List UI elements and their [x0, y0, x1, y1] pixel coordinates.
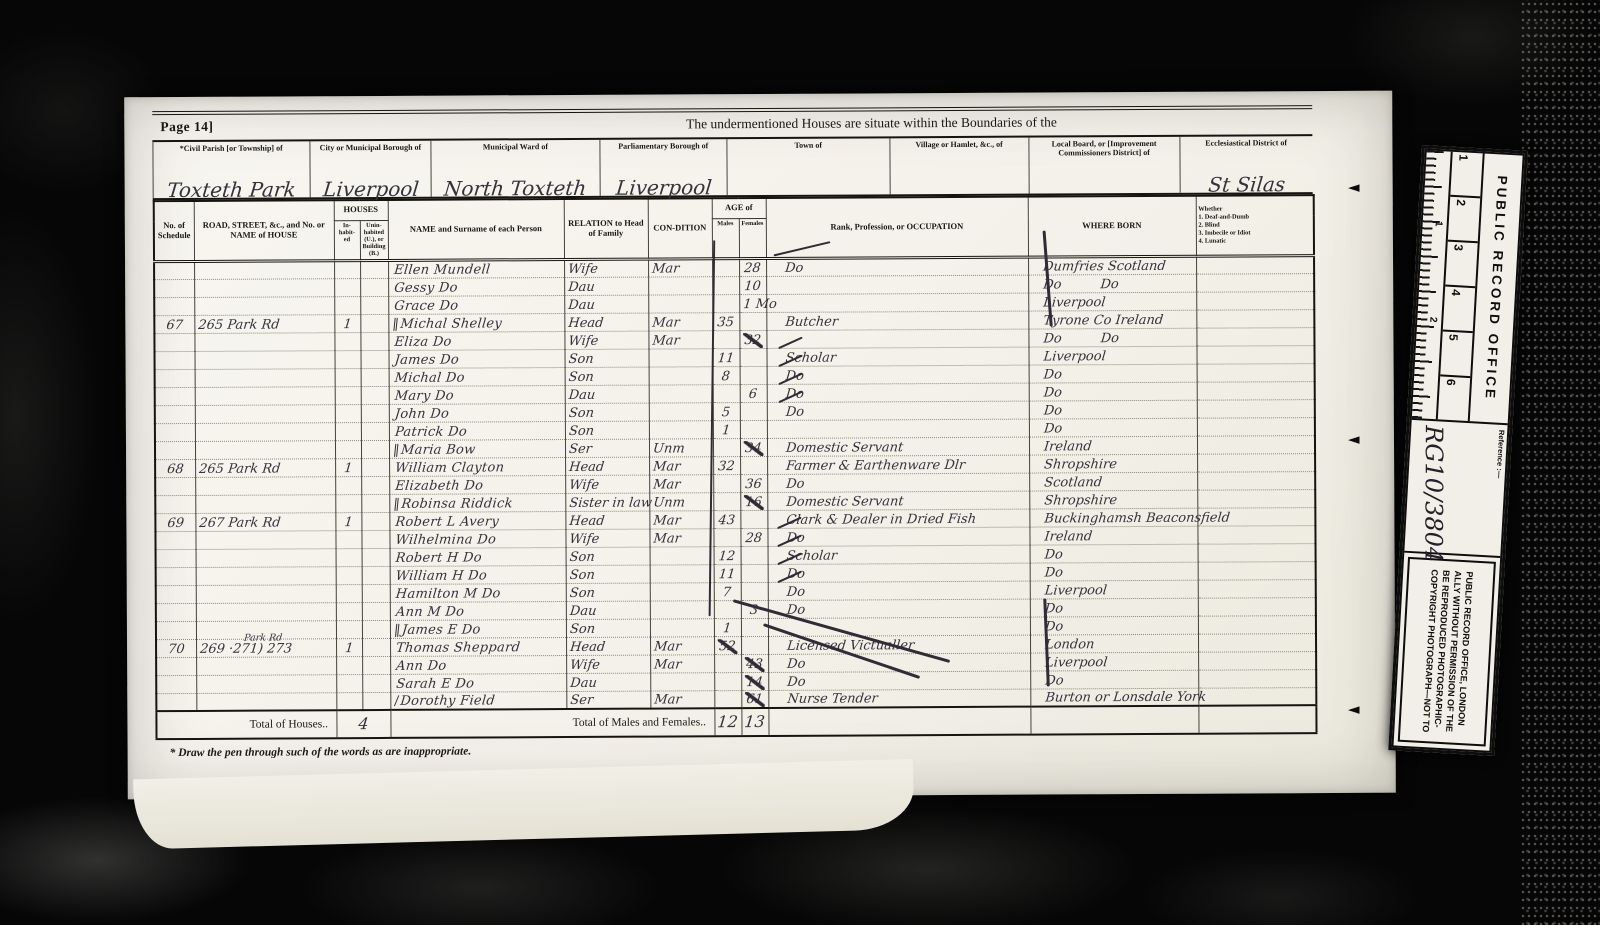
cell-name: Ann M Do — [390, 601, 566, 620]
strip-ruler: 1 2 1 2 3 — [1412, 150, 1523, 425]
cell-condition — [649, 366, 713, 384]
cell-disabilities — [1196, 345, 1314, 364]
cell-age-female: 3 — [741, 600, 768, 618]
cell-age-male — [714, 690, 741, 708]
cell-age-female — [739, 312, 766, 330]
cell-born: Do — [1030, 670, 1198, 689]
cell-road — [195, 368, 335, 387]
copyright-text: COPYRIGHT PHOTOGRAPH—NOT TOBE REPRODUCED… — [1419, 569, 1475, 735]
cell-condition — [650, 564, 714, 582]
cell-occupation: Nurse Tender — [768, 689, 1030, 708]
cell-age-male — [713, 528, 740, 546]
cell-schedule — [156, 621, 196, 639]
cell-age-male: 8 — [713, 366, 740, 384]
cell-inhabited — [335, 368, 361, 386]
total-males-value: 12 — [714, 708, 741, 736]
cell-disabilities — [1197, 363, 1315, 382]
cell-uninhabited — [362, 602, 390, 620]
cell-age-male: 1 — [713, 420, 740, 438]
cell-road — [194, 278, 334, 297]
cell-born: Shropshire — [1029, 490, 1197, 509]
ruler-cell-number: 4 — [1449, 289, 1463, 296]
cell-disabilities — [1197, 471, 1315, 490]
cell-age-female: 28 — [739, 258, 766, 276]
cell-schedule — [156, 549, 196, 567]
locality-label: Village or Hamlet, &c., of — [890, 140, 1028, 150]
cell-schedule — [154, 261, 194, 279]
cell-condition: Mar — [650, 654, 714, 672]
col-header-relation: RELATION to Head of Family — [564, 199, 648, 260]
cell-disabilities — [1198, 561, 1316, 580]
cell-age-female: 61 — [741, 690, 768, 708]
cell-age-male — [713, 384, 740, 402]
cell-schedule — [156, 693, 196, 711]
cell-relation: Sister in law — [565, 493, 649, 511]
cell-born: Do — [1029, 400, 1197, 419]
cell-schedule: 67 — [154, 315, 194, 333]
cell-condition — [648, 294, 712, 312]
cell-inhabited — [335, 404, 361, 422]
cell-schedule — [154, 297, 194, 315]
locality-label: Town of — [728, 140, 889, 150]
cell-road: Park Rd269 ·271) 273 — [196, 638, 336, 657]
cell-age-male: 11 — [712, 348, 739, 366]
cell-uninhabited — [361, 494, 389, 512]
cell-name: Robert L Avery — [389, 511, 565, 530]
cell-schedule — [156, 567, 196, 585]
cell-uninhabited — [362, 638, 390, 656]
col-header-road: ROAD, STREET, &c., and No. or NAME of HO… — [194, 200, 334, 261]
cell-relation: Wife — [564, 331, 648, 349]
cell-road — [196, 656, 336, 675]
locality-cell: Town of — [727, 138, 890, 195]
cell-inhabited — [336, 674, 362, 692]
cell-schedule — [156, 675, 196, 693]
cell-occupation: Do — [768, 599, 1030, 618]
cell-born: Do Do — [1028, 274, 1196, 293]
cell-age-female — [741, 582, 768, 600]
cell-road — [196, 674, 336, 693]
cell-uninhabited — [360, 314, 388, 332]
cell-name: Sarah E Do — [390, 673, 566, 692]
cell-disabilities — [1196, 255, 1314, 274]
cell-age-male — [712, 330, 739, 348]
cell-born: Liverpool — [1030, 652, 1198, 671]
cell-schedule — [155, 369, 195, 387]
cell-name: Michal Do — [389, 367, 565, 386]
cell-age-female — [740, 420, 767, 438]
table-body: Ellen Mundell Wife Mar 28 Do Dumfries Sc… — [154, 255, 1316, 711]
cell-relation: Wife — [565, 529, 649, 547]
cell-age-male: 1 — [714, 618, 741, 636]
footnote: * Draw the pen through such of the words… — [170, 741, 1316, 759]
locality-value-handwritten: Liverpool — [599, 175, 728, 200]
cell-born: Burton or Lonsdale York — [1030, 688, 1198, 707]
cell-name: ‖Maria Bow — [389, 439, 565, 458]
cell-uninhabited — [360, 278, 388, 296]
cell-relation: Son — [566, 619, 650, 637]
registration-arrow-icon: ◄ — [1348, 430, 1360, 448]
cell-inhabited — [335, 530, 361, 548]
totals-empty-occupation — [768, 707, 1030, 736]
locality-label: *Civil Parish [or Township] of — [153, 143, 309, 153]
cell-age-female — [741, 546, 768, 564]
cell-disabilities — [1198, 687, 1316, 706]
cell-schedule — [155, 531, 195, 549]
locality-cell: Municipal Ward of North Toxteth — [431, 140, 599, 197]
cell-uninhabited — [362, 674, 390, 692]
cell-occupation: Do — [767, 527, 1029, 546]
cell-age-male — [714, 600, 741, 618]
cell-uninhabited — [362, 548, 390, 566]
cell-schedule — [155, 351, 195, 369]
ruler-cell-number: 6 — [1444, 379, 1458, 386]
locality-label: Parliamentary Borough of — [600, 141, 727, 151]
cell-uninhabited — [362, 566, 390, 584]
cell-schedule — [155, 477, 195, 495]
locality-header-row: *Civil Parish [or Township] of Toxteth P… — [152, 136, 1312, 200]
total-houses-value: 4 — [336, 710, 390, 738]
ruler-cell: 5 — [1440, 332, 1472, 379]
cell-occupation: Licensed Victualler — [768, 635, 1030, 654]
strip-frame: 1 2 1 2 3 — [1391, 148, 1524, 753]
cell-uninhabited — [362, 656, 390, 674]
cell-name: Eliza Do — [388, 331, 564, 350]
cell-uninhabited — [361, 440, 389, 458]
cell-relation: Wife — [566, 655, 650, 673]
enumeration-table: No. of Schedule ROAD, STREET, &c., and N… — [153, 194, 1318, 740]
page-number: Page 14] — [160, 119, 213, 135]
cell-relation: Son — [565, 367, 649, 385]
col-header-name: NAME and Surname of each Person — [388, 199, 564, 260]
locality-label: City or Municipal Borough of — [310, 143, 431, 153]
cell-age-male: 7 — [714, 582, 741, 600]
cell-uninhabited — [361, 530, 389, 548]
cell-occupation: Do — [766, 257, 1028, 276]
cell-born: Shropshire — [1029, 454, 1197, 473]
col-header-occupation: Rank, Profession, or OCCUPATION — [766, 197, 1028, 259]
disability-line: 4. Lunatic — [1198, 237, 1311, 246]
cell-name: William H Do — [390, 565, 566, 584]
cell-age-male: 11 — [714, 564, 741, 582]
cell-age-male: 35 — [712, 312, 739, 330]
cell-relation: Son — [564, 349, 648, 367]
ruler-cell-number: 2 — [1454, 199, 1468, 206]
cell-occupation — [766, 293, 1028, 312]
cell-age-female — [741, 618, 768, 636]
cell-inhabited: 1 — [335, 512, 361, 530]
cell-name: Ellen Mundell — [388, 259, 564, 278]
cell-relation: Ser — [565, 439, 649, 457]
cell-condition: Mar — [648, 312, 712, 330]
cell-disabilities — [1197, 489, 1315, 508]
cell-schedule — [155, 495, 195, 513]
cell-road: 265 Park Rd — [194, 314, 334, 333]
cell-occupation: Farmer & Earthenware Dlr — [767, 455, 1029, 474]
cell-relation: Son — [565, 403, 649, 421]
cell-relation: Dau — [566, 601, 650, 619]
cell-occupation: Do — [768, 653, 1030, 672]
cell-inhabited — [334, 332, 360, 350]
cell-uninhabited — [361, 458, 389, 476]
cell-occupation: Scholar — [768, 545, 1030, 564]
cell-road — [195, 476, 335, 495]
cell-born: Do — [1029, 364, 1197, 383]
cell-disabilities — [1196, 273, 1314, 292]
cell-uninhabited — [360, 260, 388, 278]
copyright-box: COPYRIGHT PHOTOGRAPH—NOT TOBE REPRODUCED… — [1398, 557, 1496, 746]
cell-age-female — [741, 564, 768, 582]
ruler-cell-number: 1 — [1456, 154, 1470, 161]
cell-inhabited: 1 — [334, 314, 360, 332]
cell-road — [195, 350, 335, 369]
cell-age-male — [712, 294, 739, 312]
cell-uninhabited — [362, 620, 390, 638]
cell-age-female — [741, 636, 768, 654]
cell-age-female: 32 — [739, 330, 766, 348]
cell-schedule: 68 — [155, 459, 195, 477]
cell-uninhabited — [360, 332, 388, 350]
cell-name: Thomas Sheppard — [390, 637, 566, 656]
cell-road — [195, 494, 335, 513]
cell-age-female — [740, 510, 767, 528]
col-header-age-group: AGE of — [712, 198, 766, 218]
cell-road — [195, 530, 335, 549]
cell-disabilities — [1197, 525, 1315, 544]
locality-value-handwritten: North Toxteth — [431, 176, 601, 201]
cell-uninhabited — [360, 350, 388, 368]
totals-empty-disabilities — [1198, 705, 1316, 734]
cell-occupation — [768, 617, 1030, 636]
locality-value-handwritten: Toxteth Park — [152, 177, 310, 202]
census-page-content: Page 14] The undermentioned Houses are s… — [152, 105, 1315, 759]
ruler-cell: 3 — [1445, 242, 1477, 289]
cell-name: Mary Do — [389, 385, 565, 404]
cell-condition: Mar — [649, 528, 713, 546]
cell-condition: Mar — [649, 474, 713, 492]
cell-inhabited — [336, 566, 362, 584]
cell-name: James Do — [388, 349, 564, 368]
cell-age-male — [714, 672, 741, 690]
strip-copyright-section: COPYRIGHT PHOTOGRAPH—NOT TOBE REPRODUCED… — [1394, 553, 1501, 751]
cell-born: Ireland — [1029, 526, 1197, 545]
cell-inhabited — [334, 278, 360, 296]
locality-cell: Parliamentary Borough of Liverpool — [599, 139, 727, 196]
cell-uninhabited — [361, 404, 389, 422]
col-header-houses-group: HOUSES — [334, 200, 388, 220]
locality-label: Local Board, or [Improvement Commissione… — [1029, 139, 1179, 158]
col-header-disabilities: Whether1. Deaf-and-Dumb2. Blind3. Imbeci… — [1196, 195, 1314, 256]
cell-age-male — [714, 654, 741, 672]
cell-age-female — [739, 348, 766, 366]
cell-uninhabited — [362, 584, 390, 602]
scan-edge-speckle — [1520, 0, 1600, 925]
cell-schedule — [156, 657, 196, 675]
cell-road: 267 Park Rd — [195, 512, 335, 531]
ruler-cell: 1 — [1450, 152, 1482, 199]
cell-relation: Wife — [564, 259, 648, 277]
cell-occupation: Do — [767, 473, 1029, 492]
cell-name: ‖Robinsa Riddick — [389, 493, 565, 512]
cell-name: Patrick Do — [389, 421, 565, 440]
cell-name: Robert H Do — [390, 547, 566, 566]
cell-road — [194, 296, 334, 315]
cell-road — [194, 332, 334, 351]
cell-condition: Mar — [648, 258, 712, 276]
cell-uninhabited — [360, 296, 388, 314]
locality-cell: City or Municipal Borough of Liverpool — [309, 141, 431, 198]
cell-age-female: 28 — [740, 528, 767, 546]
cell-occupation: Butcher — [766, 311, 1028, 330]
cell-disabilities — [1196, 327, 1314, 346]
cell-occupation: Do — [768, 671, 1030, 690]
cell-inhabited — [335, 422, 361, 440]
total-females-value: 13 — [741, 708, 768, 736]
cell-schedule: 69 — [155, 513, 195, 531]
cell-disabilities — [1198, 651, 1316, 670]
cell-inhabited — [335, 476, 361, 494]
cell-age-male: 52 — [714, 636, 741, 654]
cell-condition: Mar — [649, 510, 713, 528]
cell-occupation: Do — [768, 581, 1030, 600]
cell-condition — [650, 618, 714, 636]
cell-road — [195, 422, 335, 441]
cell-occupation: Do — [768, 563, 1030, 582]
cell-condition — [649, 402, 713, 420]
cell-name: Gessy Do — [388, 277, 564, 296]
cell-age-male: 5 — [713, 402, 740, 420]
cell-inhabited — [334, 260, 360, 278]
cell-disabilities — [1198, 543, 1316, 562]
cell-age-male: 43 — [713, 510, 740, 528]
cell-disabilities — [1196, 291, 1314, 310]
cell-inhabited — [336, 548, 362, 566]
cell-occupation: Domestic Servant — [767, 491, 1029, 510]
cell-age-female: 16 — [740, 492, 767, 510]
cell-relation: Dau — [565, 385, 649, 403]
cell-schedule — [154, 333, 194, 351]
cell-born: Do — [1029, 382, 1197, 401]
total-houses-label: Total of Houses.. — [156, 710, 336, 739]
cell-schedule — [156, 603, 196, 621]
col-header-males: Males — [712, 218, 739, 258]
col-header-schedule: No. of Schedule — [154, 201, 194, 261]
cell-age-male: 12 — [714, 546, 741, 564]
cell-inhabited: 1 — [336, 638, 362, 656]
cell-disabilities — [1198, 615, 1316, 634]
cell-occupation — [766, 275, 1028, 294]
ruler-cell: 2 — [1448, 197, 1480, 244]
cell-name: Elizabeth Do — [389, 475, 565, 494]
cell-condition — [649, 384, 713, 402]
cell-occupation: Do — [767, 383, 1029, 402]
cell-born: Liverpool — [1028, 346, 1196, 365]
cell-relation: Head — [564, 313, 648, 331]
cell-condition — [649, 420, 713, 438]
cell-age-male — [713, 438, 740, 456]
cell-age-male — [712, 276, 739, 294]
cell-schedule — [155, 405, 195, 423]
cell-age-male — [713, 474, 740, 492]
cell-name: William Clayton — [389, 457, 565, 476]
cell-road — [194, 260, 334, 279]
cell-inhabited — [336, 692, 362, 710]
cell-age-female — [740, 456, 767, 474]
scanned-census-image: { "scan": { "page_label": "Page 14]", "t… — [0, 0, 1600, 925]
cell-occupation: Domestic Servant — [767, 437, 1029, 456]
col-header-inhabited: In-habit-ed — [334, 220, 360, 260]
cell-road — [196, 548, 336, 567]
cell-road — [195, 404, 335, 423]
cell-occupation: Scholar — [766, 347, 1028, 366]
cell-road — [196, 692, 336, 711]
col-header-condition: CON-DITION — [648, 198, 712, 259]
cell-relation: Son — [566, 547, 650, 565]
locality-cell: *Civil Parish [or Township] of Toxteth P… — [152, 141, 309, 198]
cell-inhabited — [336, 584, 362, 602]
cell-uninhabited — [361, 368, 389, 386]
locality-value-handwritten: Liverpool — [309, 177, 432, 202]
cell-born: Tyrone Co Ireland — [1028, 310, 1196, 329]
cell-occupation: Clark & Dealer in Dried Fish — [767, 509, 1029, 528]
ruler-edge-number: 2 — [1427, 317, 1438, 323]
cell-schedule — [156, 585, 196, 603]
cell-relation: Head — [565, 511, 649, 529]
cell-inhabited — [334, 296, 360, 314]
col-header-born: WHERE BORN — [1028, 196, 1196, 257]
cell-age-male — [713, 492, 740, 510]
cell-born: Liverpool — [1028, 292, 1196, 311]
locality-cell: Village or Hamlet, &c., of — [889, 138, 1028, 195]
ruler-cell: 6 — [1438, 377, 1470, 422]
cell-condition — [648, 348, 712, 366]
total-males-females-label: Total of Males and Females.. — [390, 708, 714, 738]
cell-born: Ireland — [1029, 436, 1197, 455]
cell-road — [196, 584, 336, 603]
cell-inhabited — [334, 350, 360, 368]
cell-relation: Ser — [566, 691, 650, 709]
cell-condition: Mar — [648, 330, 712, 348]
cell-relation: Dau — [566, 673, 650, 691]
cell-inhabited — [336, 656, 362, 674]
cell-disabilities — [1198, 579, 1316, 598]
locality-cell: Local Board, or [Improvement Commissione… — [1028, 137, 1179, 194]
cell-relation: Son — [565, 421, 649, 439]
cell-born: Do — [1030, 562, 1198, 581]
cell-born: Dumfries Scotland — [1028, 256, 1196, 275]
cell-occupation: Do — [767, 401, 1029, 420]
cell-age-male: 32 — [713, 456, 740, 474]
cell-disabilities — [1196, 309, 1314, 328]
cell-inhabited — [336, 620, 362, 638]
table-header: No. of Schedule ROAD, STREET, &c., and N… — [154, 195, 1314, 261]
cell-road: 265 Park Rd — [195, 458, 335, 477]
cell-condition: Mar — [650, 690, 714, 708]
cell-relation: Wife — [565, 475, 649, 493]
cell-disabilities — [1197, 399, 1315, 418]
ruler-edge-number: 1 — [1433, 220, 1444, 226]
cell-inhabited — [335, 386, 361, 404]
col-header-females: Females — [739, 218, 766, 258]
cell-schedule — [155, 387, 195, 405]
cell-occupation — [767, 419, 1029, 438]
cell-schedule — [154, 279, 194, 297]
col-header-uninhabited: Unin-habited (U.), or Building (B.) — [360, 220, 388, 260]
cell-name: /Dorothy Field — [390, 691, 566, 710]
cell-schedule — [155, 423, 195, 441]
cell-age-female: 43 — [741, 654, 768, 672]
totals-empty-born — [1030, 706, 1198, 735]
